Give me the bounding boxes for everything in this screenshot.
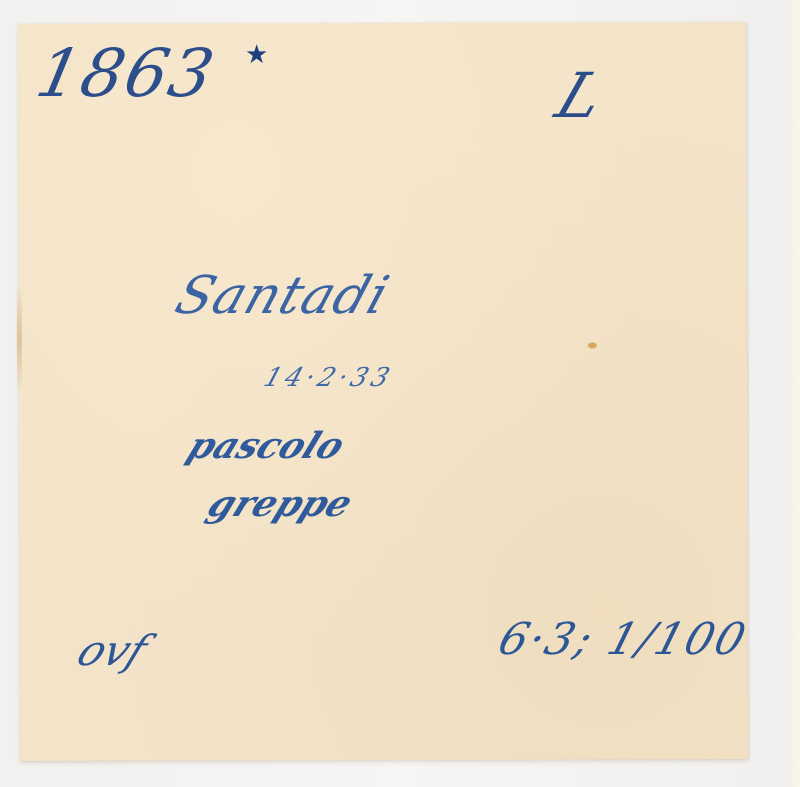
exposure-note: 6·3; 1/100 — [494, 618, 752, 662]
star-mark-icon: ★ — [245, 40, 268, 70]
habitat-line-2: greppe — [203, 486, 358, 522]
habitat-line-1: pascolo — [183, 428, 350, 464]
place-name: Santadi — [170, 270, 396, 322]
catalog-number: 1863 — [31, 41, 221, 107]
paper-stain — [588, 342, 597, 348]
date: 14·2·33 — [261, 365, 397, 391]
photo-background: 1863 ★ L Santadi 14·2·33 pascolo greppe … — [0, 0, 800, 787]
adjacent-sheet-edge — [792, 0, 800, 787]
